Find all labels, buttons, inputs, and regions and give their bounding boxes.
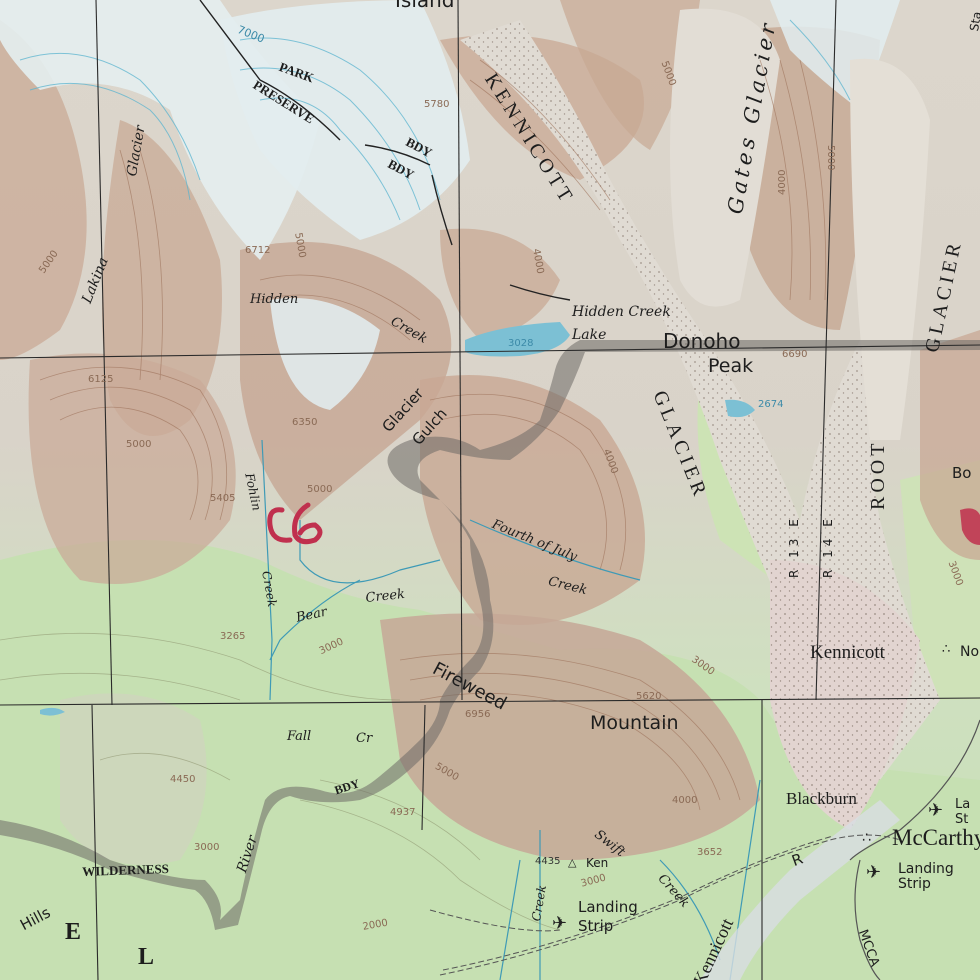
label-bear-creek: Creek — [365, 588, 406, 605]
elev-4450: 4450 — [170, 775, 195, 785]
label-fall-cr: Cr — [356, 732, 372, 745]
label-fall: Fall — [287, 730, 311, 743]
label-sta-partial: Sta — [968, 11, 980, 32]
elev-6690: 6690 — [782, 350, 807, 360]
label-landing-2: Landing — [898, 862, 954, 876]
elev-3000-c: 3000 — [194, 843, 219, 853]
label-peak: Peak — [708, 357, 753, 376]
elev-5405: 5405 — [210, 494, 235, 504]
label-strip-2: Strip — [898, 877, 931, 891]
relief-fourth-of-july — [420, 375, 645, 625]
town-marker-kennicott: ∴ — [942, 642, 950, 657]
elev-6956: 6956 — [465, 710, 490, 720]
label-no-partial: No — [960, 645, 979, 659]
label-mountain: Mountain — [590, 714, 679, 733]
elev-4435: 4435 — [535, 857, 560, 867]
elev-4937: 4937 — [390, 808, 415, 818]
town-marker-mccarthy: ∴ — [862, 830, 871, 846]
elev-2674: 2674 — [758, 400, 783, 410]
label-range-13e: R 13 E — [788, 515, 800, 578]
label-ken: Ken — [586, 857, 608, 869]
elev-3652: 3652 — [697, 848, 722, 858]
elev-6125: 6125 — [88, 375, 113, 385]
elev-5620: 5620 — [636, 692, 661, 702]
label-island: Island — [395, 0, 455, 10]
label-hidden-creek-lake-1: Hidden Creek — [572, 305, 671, 319]
label-mccarthy: McCarthy — [892, 826, 980, 849]
label-wilderness: WILDERNESS — [82, 862, 169, 878]
label-bo-partial: Bo — [952, 466, 971, 481]
elev-5000-f: 5000 — [307, 485, 332, 495]
label-root: ROOT — [868, 440, 888, 510]
label-hidden: Hidden — [250, 293, 298, 306]
elev-6712: 6712 — [245, 246, 270, 256]
airfield-icon-3: ✈ — [866, 862, 881, 883]
elev-4000-a: 4000 — [778, 170, 788, 195]
elev-6350: 6350 — [292, 418, 317, 428]
label-blackburn: Blackburn — [786, 790, 857, 807]
label-strip-1: Strip — [578, 919, 613, 934]
airfield-icon-2: ✈ — [928, 800, 943, 821]
label-letter-l: L — [138, 945, 154, 969]
airfield-icon: ✈ — [552, 913, 567, 934]
label-range-14e: R 14 E — [822, 515, 834, 578]
elev-4000-d: 4000 — [672, 796, 697, 806]
elev-5000-d: 5000 — [825, 145, 835, 170]
label-kennicott-town: Kennicott — [810, 643, 885, 662]
elev-3028: 3028 — [508, 339, 533, 349]
topographic-map: Island PARK PRESERVE BDY BDY KENNICOTT G… — [0, 0, 980, 980]
elev-5780: 5780 — [424, 100, 449, 110]
label-donoho: Donoho — [663, 331, 740, 351]
elev-3265: 3265 — [220, 632, 245, 642]
label-landing-1: Landing — [578, 900, 638, 915]
summit-marker: △ — [568, 856, 576, 869]
label-landing-3: La — [955, 798, 970, 811]
elev-5000-e: 5000 — [126, 440, 151, 450]
label-letter-e: E — [65, 920, 81, 944]
label-hidden-creek-lake-2: Lake — [572, 328, 606, 342]
